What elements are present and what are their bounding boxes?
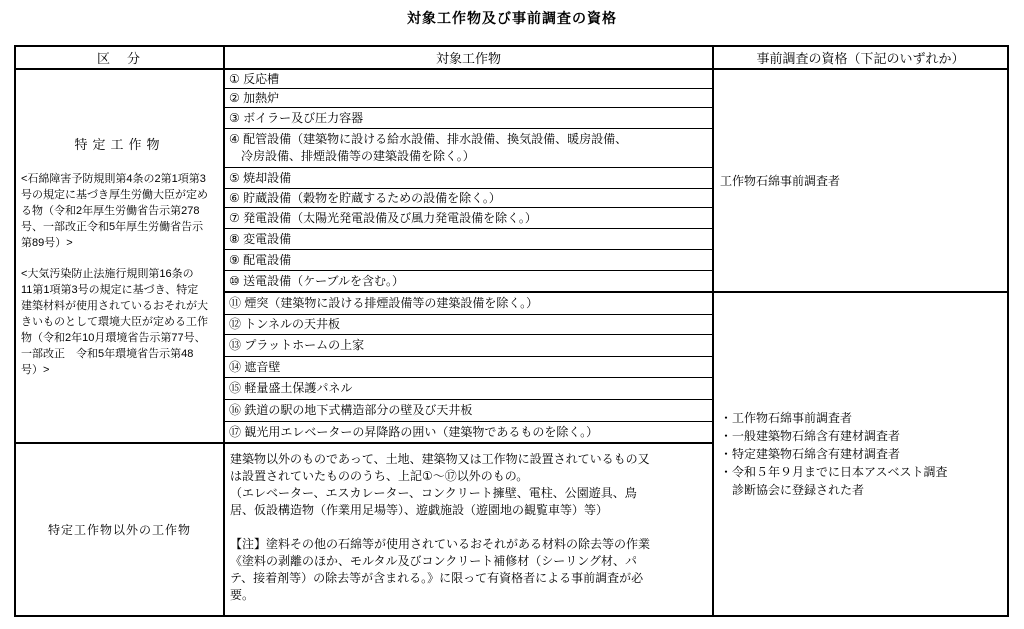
other-structures-description: 建築物以外のものであって、土地、建築物又は工作物に設置されているもの又 は設置さ…	[230, 451, 707, 519]
legal-note-asbestos-rule: <石綿障害予防規則第4条の2第1項第3 号の規定に基づき厚生労働大臣が定め る物…	[21, 171, 218, 251]
table-row-item-8: ⑧ 変電設備	[225, 229, 714, 250]
table-row-item-9: ⑨ 配電設備	[225, 250, 714, 271]
table-row-item-2: ② 加熱炉	[225, 89, 714, 108]
table-row-item-5: ⑤ 焼却設備	[225, 168, 714, 189]
table-row-item-15: ⑮ 軽量盛土保護パネル	[225, 378, 714, 400]
other-structures-note: 【注】塗料その他の石綿等が使用されているおそれがある材料の除去等の作業 《塗料の…	[230, 536, 707, 604]
qualification-bullet-2: ・一般建築物石綿含有建材調査者	[720, 427, 1001, 445]
table-row-item-10: ⑩ 送電設備（ケーブルを含む。）	[225, 271, 714, 293]
table-row-item-3: ③ ボイラー及び圧力容器	[225, 108, 714, 129]
document-page: 対象工作物及び事前調査の資格 区 分 対象工作物 事前調査の資格（下記のいずれか…	[0, 0, 1024, 629]
category-other-label: 特定工作物以外の工作物	[48, 521, 191, 538]
page-title: 対象工作物及び事前調査の資格	[0, 0, 1024, 28]
table-row-item-11: ⑪ 煙突（建築物に設ける排煙設備等の建築設備を除く。）	[225, 293, 714, 315]
table-row-item-16: ⑯ 鉄道の駅の地下式構造部分の壁及び天井板	[225, 400, 714, 422]
table-row-item-6: ⑥ 貯蔵設備（穀物を貯蔵するための設備を除く。）	[225, 189, 714, 208]
category-specified-cell: 特定工作物 <石綿障害予防規則第4条の2第1項第3 号の規定に基づき厚生労働大臣…	[16, 70, 225, 444]
table-row-item-14: ⑭ 遮音壁	[225, 357, 714, 378]
other-structures-description-cell: 建築物以外のものであって、土地、建築物又は工作物に設置されているもの又 は設置さ…	[225, 444, 714, 615]
table-row-item-7: ⑦ 発電設備（太陽光発電設備及び風力発電設備を除く。）	[225, 208, 714, 229]
table-row-item-4: ④ 配管設備（建築物に設ける給水設備、排水設備、換気設備、暖房設備、 冷房設備、…	[225, 129, 714, 168]
header-category: 区 分	[16, 47, 225, 70]
table-row-item-17: ⑰ 観光用エレベーターの昇降路の囲い（建築物であるものを除く。）	[225, 422, 714, 444]
qualification-bullet-1: ・工作物石綿事前調査者	[720, 409, 1001, 427]
legal-note-air-pollution-rule: <大気汚染防止法施行規則第16条の 11第1項第3号の規定に基づき、特定 建築材…	[21, 266, 218, 378]
qualification-bullet-4: ・令和５年９月までに日本アスベスト調査 診断協会に登録された者	[720, 463, 1001, 499]
qualification-table: 区 分 対象工作物 事前調査の資格（下記のいずれか） 特定工作物 <石綿障害予防…	[14, 45, 1009, 617]
header-target-structures: 対象工作物	[225, 47, 714, 70]
table-row-item-1: ① 反応槽	[225, 70, 714, 89]
category-specified-label: 特定工作物	[21, 134, 218, 153]
qualification-bullet-3: ・特定建築物石綿含有建材調査者	[720, 445, 1001, 463]
qualification-group1-cell: 工作物石綿事前調査者	[714, 70, 1007, 293]
category-other-cell: 特定工作物以外の工作物	[16, 444, 225, 615]
table-row-item-12: ⑫ トンネルの天井板	[225, 315, 714, 335]
qualification-group1-text: 工作物石綿事前調査者	[720, 172, 840, 189]
table-row-item-13: ⑬ プラットホームの上家	[225, 335, 714, 357]
qualification-group2-cell: ・工作物石綿事前調査者 ・一般建築物石綿含有建材調査者 ・特定建築物石綿含有建材…	[714, 293, 1007, 615]
header-survey-qualification: 事前調査の資格（下記のいずれか）	[714, 47, 1007, 70]
